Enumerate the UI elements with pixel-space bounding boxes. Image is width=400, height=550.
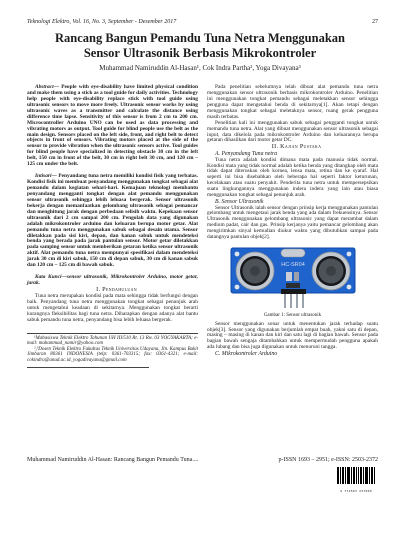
paper-title: Rancang Bangun Pemandu Tuna Netra Menggu… (50, 31, 350, 61)
footnote-end-rule (27, 367, 149, 368)
smd-chip (286, 283, 300, 288)
footnote-block: ¹Mahasiswa Teknik Elektro Tahunan UH III… (27, 333, 198, 369)
mount-hole (346, 252, 351, 257)
pin (296, 294, 298, 308)
right-column: Pada penelitian sebelumnya telah dibuat … (207, 85, 378, 368)
page-header: Teknologi Elektro, Vol. 16, No. 3, Septe… (27, 19, 378, 25)
barcode-image (337, 467, 375, 484)
footnote-authors23: ²,³Dosen Teknik Elektro Fakultas Teknik … (27, 347, 198, 364)
pin (284, 294, 286, 308)
intisari-text: Penyandang tuna netra memiliki kondisi f… (27, 173, 198, 268)
intisari-paragraph: Intisari— Penyandang tuna netra memiliki… (27, 174, 198, 269)
smd-component (286, 272, 292, 281)
journal-name: Teknologi Elektro, Vol. 16, No. 3, Septe… (27, 19, 176, 25)
barcode-digits: 9 772503 237009 (336, 489, 376, 493)
running-title: Muhammad Namiruddin Al-Hasan: Rancang Ba… (27, 457, 198, 463)
transducer-right-center (326, 266, 336, 276)
figure-discussion-paragraph: Sensor menggunakan sonar untuk menentuka… (207, 322, 378, 352)
figure-caption: Gambar 1: Sensor ultrasonik (226, 313, 360, 319)
two-column-body: Abstract— People with eye-disability hav… (27, 85, 379, 368)
footnote-author1: ¹Mahasiswa Teknik Elektro Tahunan UH III… (27, 336, 198, 347)
transducer-left-center (250, 266, 260, 276)
paper-page: Teknologi Elektro, Vol. 16, No. 3, Septe… (0, 0, 400, 550)
mount-hole (234, 252, 239, 257)
pin (302, 294, 304, 308)
issn-text: p-ISSN 1693 – 2951; e-ISSN: 2503-2372 (278, 457, 378, 463)
crystal-oscillator (281, 249, 305, 257)
abstract-text: People with eye-disability have limited … (27, 84, 198, 167)
prior-research-paragraph: Pada penelitian sebelumnya telah dibuat … (207, 85, 378, 121)
current-research-paragraph: Penelitian kali ini menggunakan sabuk se… (207, 121, 378, 145)
issn-barcode: 9 772503 237009 (336, 467, 376, 493)
chip-label: HC-SR04 (281, 262, 305, 268)
page-number: 27 (372, 19, 378, 25)
ultrasonic-sensor-image: HC-SR04 (228, 245, 358, 309)
ultrasonic-sensor-figure: HC-SR04 Gambar 1: Sensor ultrasonik (226, 245, 360, 318)
subsection-c-heading: C. Mikrokontroler Arduino (207, 351, 378, 357)
mount-hole (346, 285, 351, 290)
pin (290, 294, 292, 308)
left-column: Abstract— People with eye-disability hav… (27, 85, 198, 368)
page-footer: Muhammad Namiruddin Al-Hasan: Rancang Ba… (27, 457, 378, 463)
subsection-a-paragraph: Tuna netra adalah kondisi dimana mata pa… (207, 158, 378, 200)
smd-component (294, 272, 299, 281)
mount-hole (234, 285, 239, 290)
pin-header (281, 289, 306, 294)
authors-line: Muhammad Namiruddin Al-Hasan¹, Cok Indra… (0, 64, 400, 72)
section-heading-kajian-pustaka: II. Kajian Pustaka (207, 144, 378, 151)
abstract-paragraph: Abstract— People with eye-disability hav… (27, 85, 198, 168)
subsection-b-paragraph: Sensor Ultrasonik ialah sensor dengan pr… (207, 206, 378, 242)
intro-paragraph: Tuna netra merupakan kondisi pada mata s… (27, 294, 198, 324)
